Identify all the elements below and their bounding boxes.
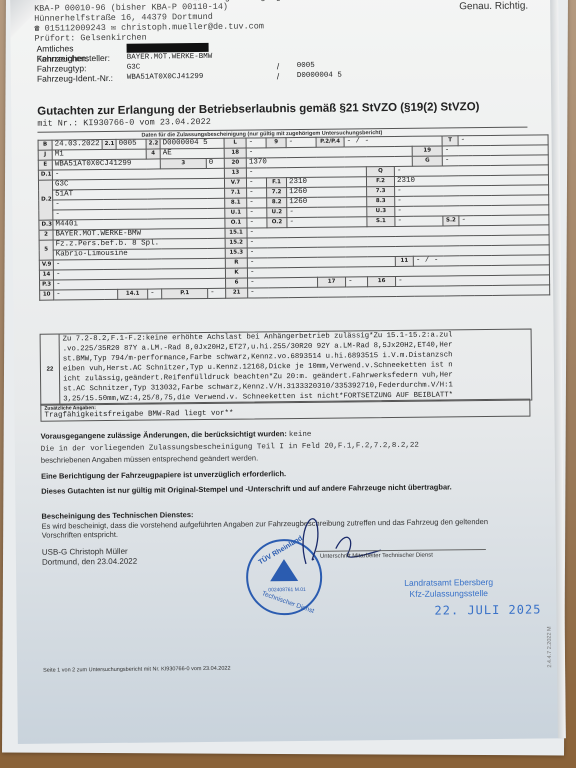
field-s1: - [395,216,443,227]
field-2-2: D0000004 5 [160,138,224,149]
field-p1: - [208,288,226,298]
document-subtitle: mit Nr.: KI930766-0 vom 23.04.2022 [37,117,211,129]
vehicle-info: Amtliches Kennzeichen: Fahrzeugherstelle… [37,41,342,84]
field-7-1: - [247,188,267,198]
field-14-1: - [148,289,162,299]
registration-data-table: B 24.03.2022 2.1 0005 2.2 D0000004 5 L -… [38,134,551,300]
field-l: - [246,138,266,148]
document-page: …inzelgenehmigung KBA-P 00010-96 (bisher… [10,0,566,744]
field-21: - [248,285,550,298]
field-o1: - [247,218,267,228]
page-footer: Seite 1 von 2 zum Untersuchungsbericht m… [43,666,230,674]
vin-label: Fahrzeug-Ident.-Nr.: [37,73,127,84]
field-9: - [286,137,316,147]
remarks-field-22: 22 Zu 7.2-8.2,F.1-F.2:keine erhöhte Achs… [40,329,533,406]
additional-info: Zusätzliche Angaben: Tragfähigkeitsfreig… [40,399,530,422]
remarks-label: 22 [41,334,61,404]
field-4: AE [160,148,224,159]
validity-note: Dieses Gutachten ist nur gültig mit Orig… [41,482,481,496]
authority-date-stamp: 22. JULI 2025 [434,602,541,617]
logo-tagline: Genau. Richtig. [433,1,528,13]
signer-place-date: Dortmund, den 23.04.2022 [42,557,137,568]
field-3: 0 [206,158,224,168]
tuv-logo: TÜV Rheinland Genau. Richtig. [433,0,528,13]
certification: Bescheinigung des Technischen Dienstes: … [41,507,511,540]
field-8-1: - [247,198,267,208]
document-title: Gutachten zur Erlangung der Betriebserla… [37,101,479,118]
field-b: 24.03.2022 [52,140,102,151]
side-note: 2.4.4.7 2.2022 M [547,626,553,667]
correction-note: Eine Berichtigung der Fahrzeugpapiere is… [41,467,511,481]
field-2-1: 0005 [116,139,146,149]
field-u1: - [247,208,267,218]
vin-value: WBA51AT0X0CJ41299 [127,71,277,83]
signature [285,508,396,569]
change-note: Die in der vorliegenden Zulassungsbesche… [41,441,511,465]
field-v7: - [246,178,266,188]
type-value-2: 0005 [297,61,315,71]
plate-redacted [127,42,209,52]
field-10: - [54,289,118,300]
vin-value-2: D0000004 5 [297,71,342,81]
remarks-text: Zu 7.2-8.2,F.1-F.2:keine erhöhte Achslas… [60,330,456,404]
signer-block: USB-G Christoph Müller Dortmund, den 23.… [42,547,137,568]
signature-label: Unterschrift Mitarbeiter Technischer Die… [320,553,433,560]
field-17: - [346,277,368,287]
examiner-header: …inzelgenehmigung KBA-P 00010-96 (bisher… [34,0,281,44]
authority-stamp: Landratsamt Ebersberg Kfz-Zulassungsstel… [404,577,493,600]
